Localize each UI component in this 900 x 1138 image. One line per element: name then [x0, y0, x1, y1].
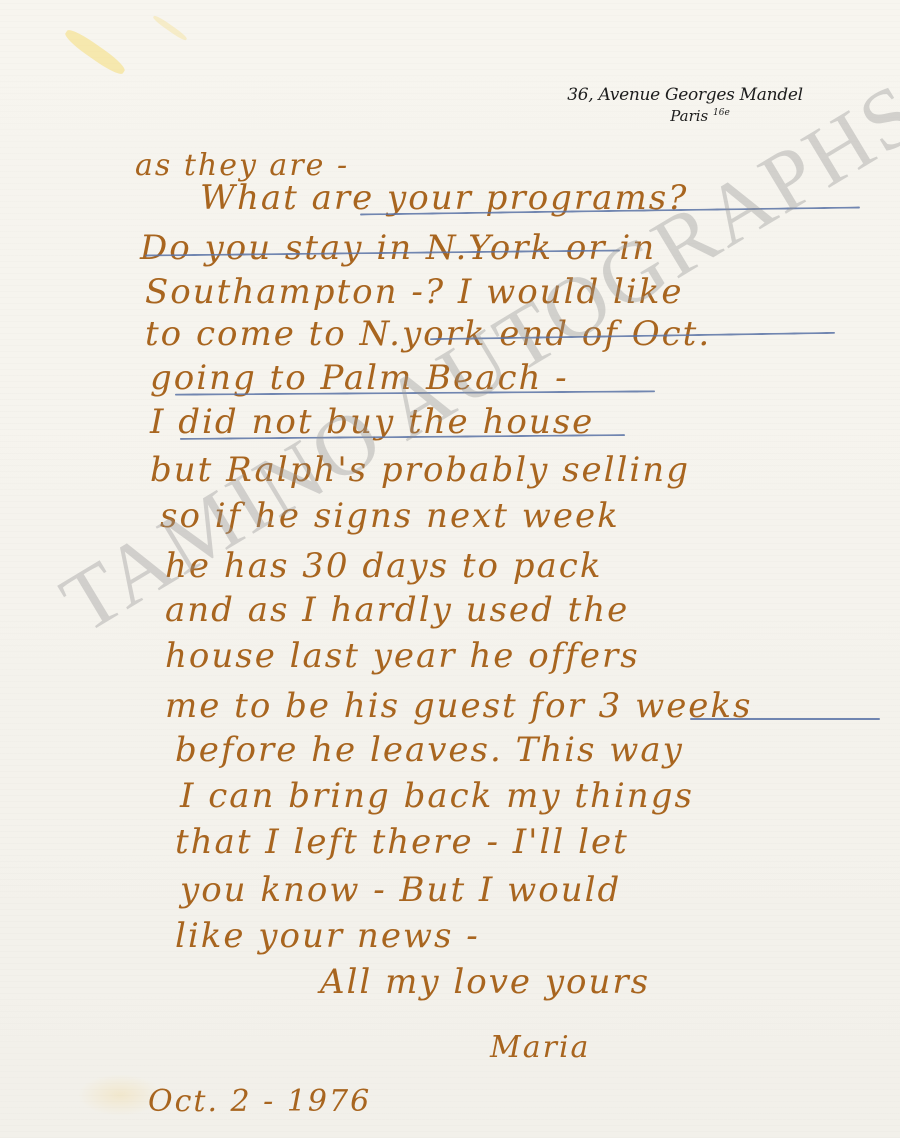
- letterhead-arrondissement: 16e: [713, 108, 730, 118]
- letter-line: and as I hardly used the: [165, 590, 629, 630]
- paper-stain: [152, 14, 188, 42]
- letter-date: Oct. 2 - 1976: [148, 1084, 371, 1119]
- letter-line: me to be his guest for 3 weeks: [165, 686, 752, 726]
- letter-line: house last year he offers: [165, 636, 640, 676]
- letter-line: Southampton -? I would like: [145, 272, 683, 312]
- letter-line: before he leaves. This way: [175, 730, 684, 770]
- letterhead-city: Paris 16e: [555, 107, 815, 125]
- letter-line: you know - But I would: [180, 870, 621, 910]
- letter-line: he has 30 days to pack: [165, 546, 602, 586]
- letter-line: to come to N.york end of Oct.: [145, 314, 711, 354]
- letter-line: like your news -: [175, 916, 480, 956]
- letterhead-street: 36, Avenue Georges Mandel: [555, 85, 815, 105]
- paper-stain: [62, 26, 127, 78]
- letter-line: but Ralph's probably selling: [150, 450, 690, 490]
- letter-line: that I left there - I'll let: [175, 822, 629, 862]
- letter-line: I can bring back my things: [180, 776, 694, 816]
- letter-closing: All my love yours: [320, 962, 650, 1002]
- letterhead: 36, Avenue Georges Mandel Paris 16e: [555, 85, 815, 125]
- letter-line: Do you stay in N.York or in: [140, 228, 656, 268]
- letter-page: 36, Avenue Georges Mandel Paris 16e as t…: [0, 0, 900, 1138]
- letter-line: so if he signs next week: [160, 496, 620, 536]
- blue-underline: [690, 718, 880, 720]
- letter-signature: Maria: [490, 1030, 590, 1065]
